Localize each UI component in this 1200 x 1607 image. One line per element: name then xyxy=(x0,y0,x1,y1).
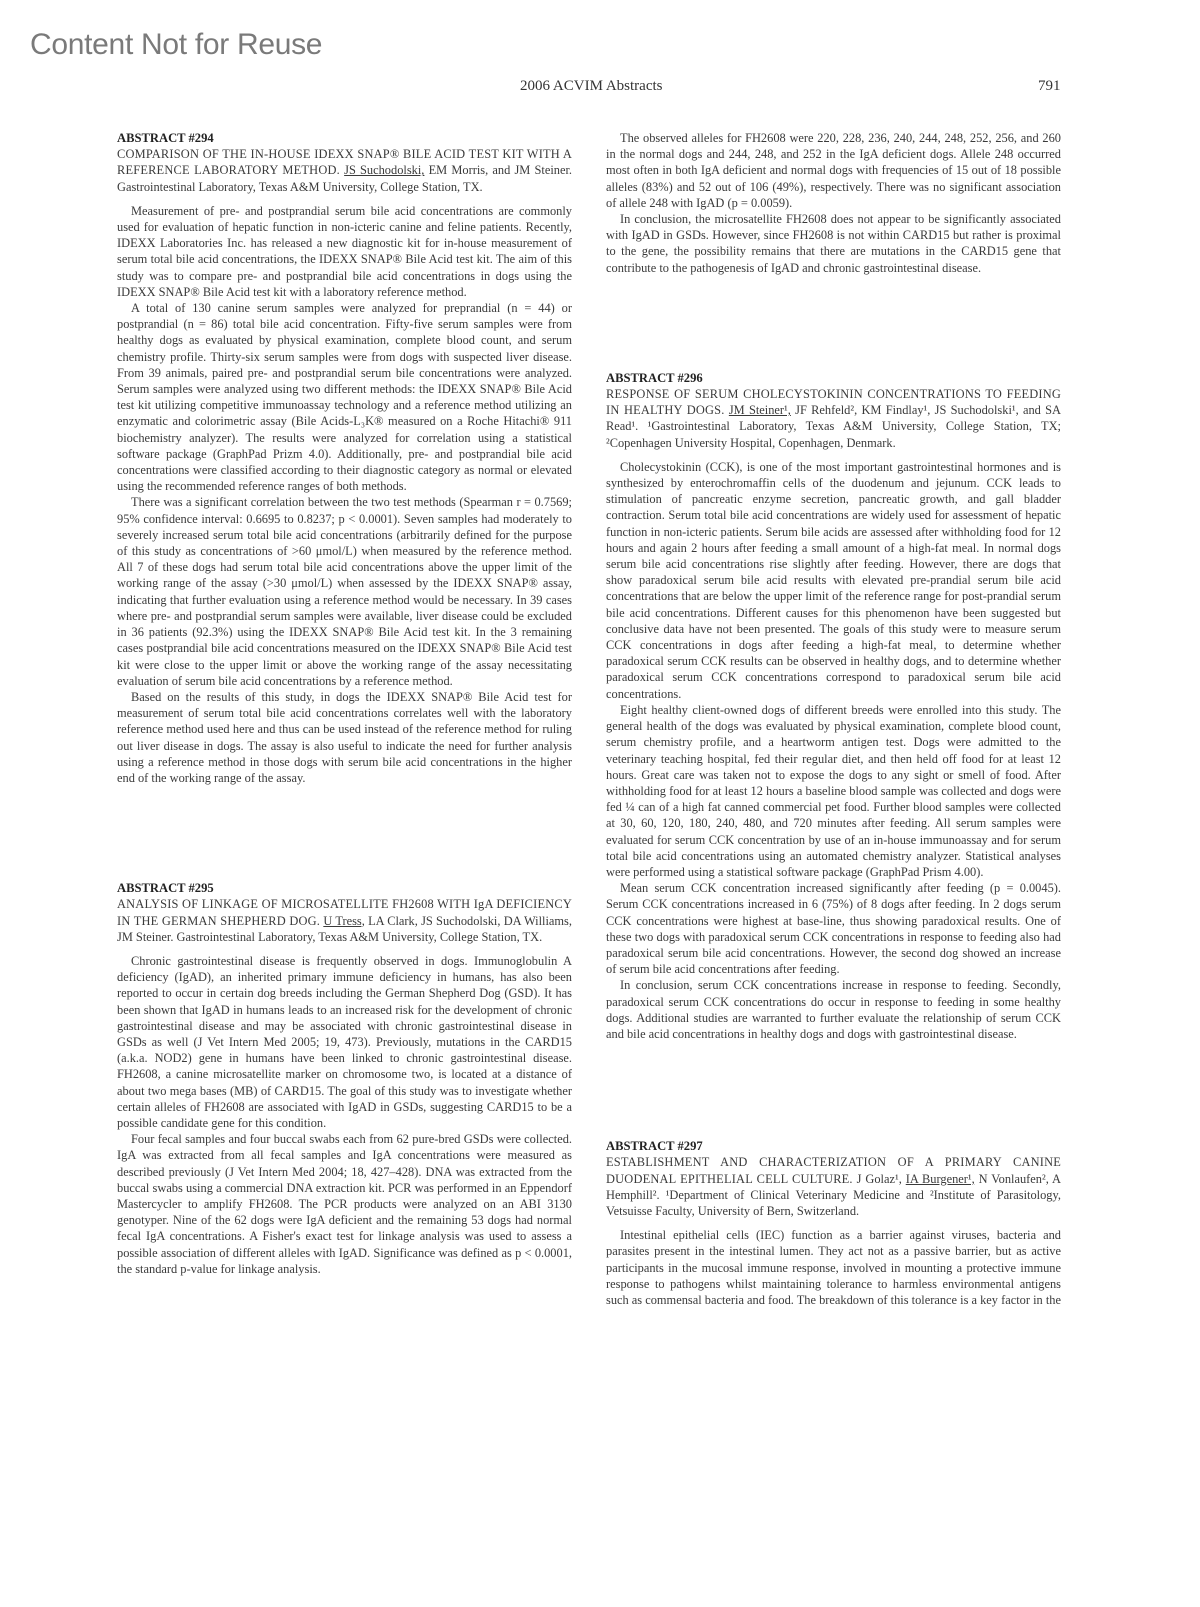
presenting-author: U Tress, xyxy=(323,914,365,928)
paragraph: The observed alleles for FH2608 were 220… xyxy=(606,130,1061,211)
paragraph: In conclusion, serum CCK concentrations … xyxy=(606,977,1061,1042)
abstract-number: ABSTRACT #297 xyxy=(606,1138,1061,1154)
abstract-297: ABSTRACT #297 ESTABLISHMENT AND CHARACTE… xyxy=(606,1138,1061,1308)
paragraph: In conclusion, the microsatellite FH2608… xyxy=(606,211,1061,276)
paragraph: A total of 130 canine serum samples were… xyxy=(117,300,572,494)
left-column: ABSTRACT #294 COMPARISON OF THE IN-HOUSE… xyxy=(117,130,572,1277)
presenting-author: JM Steiner¹, xyxy=(729,403,791,417)
abstract-number: ABSTRACT #296 xyxy=(606,370,1061,386)
spacer xyxy=(117,786,572,880)
paragraph: There was a significant correlation betw… xyxy=(117,494,572,688)
abstract-header: ABSTRACT #295 ANALYSIS OF LINKAGE OF MIC… xyxy=(117,880,572,945)
abstract-header: ABSTRACT #296 RESPONSE OF SERUM CHOLECYS… xyxy=(606,370,1061,451)
abstract-295: ABSTRACT #295 ANALYSIS OF LINKAGE OF MIC… xyxy=(117,880,572,1277)
abstract-296: ABSTRACT #296 RESPONSE OF SERUM CHOLECYS… xyxy=(606,370,1061,1042)
paragraph: Intestinal epithelial cells (IEC) functi… xyxy=(606,1227,1061,1308)
co-author: J Golaz¹, xyxy=(857,1172,902,1186)
paragraph: Cholecystokinin (CCK), is one of the mos… xyxy=(606,459,1061,702)
abstract-header: ABSTRACT #294 COMPARISON OF THE IN-HOUSE… xyxy=(117,130,572,195)
right-column: The observed alleles for FH2608 were 220… xyxy=(606,130,1061,1308)
abstract-number: ABSTRACT #295 xyxy=(117,880,572,896)
spacer xyxy=(606,1042,1061,1138)
paragraph: Eight healthy client-owned dogs of diffe… xyxy=(606,702,1061,880)
journal-title: 2006 ACVIM Abstracts xyxy=(520,78,663,95)
presenting-author: JS Suchodolski, xyxy=(344,163,424,177)
abstract-header: ABSTRACT #297 ESTABLISHMENT AND CHARACTE… xyxy=(606,1138,1061,1219)
paragraph: Mean serum CCK concentration increased s… xyxy=(606,880,1061,977)
paragraph: Measurement of pre- and postprandial ser… xyxy=(117,203,572,300)
abstract-number: ABSTRACT #294 xyxy=(117,130,572,146)
paragraph: Chronic gastrointestinal disease is freq… xyxy=(117,953,572,1131)
presenting-author: IA Burgener¹, xyxy=(906,1172,975,1186)
paragraph: Based on the results of this study, in d… xyxy=(117,689,572,786)
abstract-294: ABSTRACT #294 COMPARISON OF THE IN-HOUSE… xyxy=(117,130,572,786)
spacer xyxy=(606,276,1061,370)
paragraph: Four fecal samples and four buccal swabs… xyxy=(117,1131,572,1277)
watermark: Content Not for Reuse xyxy=(30,28,322,62)
page-number: 791 xyxy=(1038,78,1061,95)
